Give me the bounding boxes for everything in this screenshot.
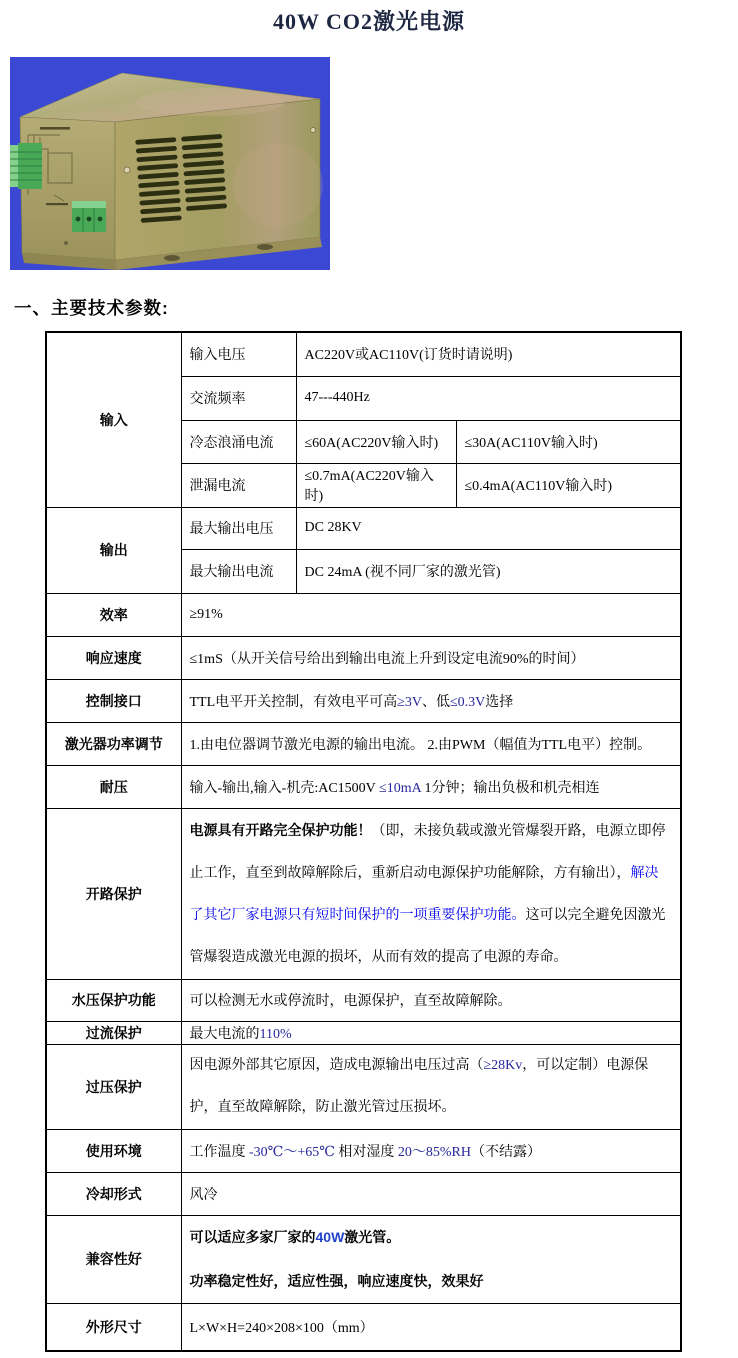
table-row: 输入 输入电压 AC220V或AC110V(订货时请说明) [46, 332, 681, 376]
table-row: 外形尺寸 L×W×H=240×208×100（mm） [46, 1303, 681, 1351]
param-value: 风冷 [181, 1172, 681, 1215]
table-row: 水压保护功能 可以检测无水或停流时，电源保护，直至故障解除。 [46, 979, 681, 1021]
param-name: 输入电压 [181, 332, 296, 376]
param-value: 电源具有开路完全保护功能！（即，未接负载或激光管爆裂开路，电源立即停止工作，直至… [181, 808, 681, 979]
row-label-overcurrent: 过流保护 [46, 1021, 181, 1044]
document-page: 40W CO2激光电源 [0, 0, 738, 1358]
chassis-sheen [135, 88, 285, 116]
table-row: 激光器功率调节 1.由电位器调节激光电源的输出电流。 2.由PWM（幅值为TTL… [46, 722, 681, 765]
param-value: L×W×H=240×208×100（mm） [181, 1303, 681, 1351]
row-label-open-circuit: 开路保护 [46, 808, 181, 979]
table-row: 冷却形式 风冷 [46, 1172, 681, 1215]
table-row: 兼容性好 可以适应多家厂家的40W激光管。 功率稳定性好，适应性强，响应速度快，… [46, 1215, 681, 1303]
table-row: 耐压 输入-输出,输入-机壳:AC1500V ≤10mA 1分钟；输出负极和机壳… [46, 765, 681, 808]
param-value-ac110: ≤30A(AC110V输入时) [456, 420, 681, 463]
table-row: 效率 ≥91% [46, 593, 681, 636]
param-value: 因电源外部其它原因，造成电源输出电压过高（≥28Kv，可以定制）电源保护，直至故… [181, 1044, 681, 1129]
row-label-environment: 使用环境 [46, 1129, 181, 1172]
param-name: 泄漏电流 [181, 463, 296, 507]
param-value: 输入-输出,输入-机壳:AC1500V ≤10mA 1分钟；输出负极和机壳相连 [181, 765, 681, 808]
chassis-sheen-front [233, 143, 323, 227]
table-row: 响应速度 ≤1mS（从开关信号给出到输出电流上升到设定电流90%的时间） [46, 636, 681, 679]
compatibility-line-2: 功率稳定性好，适应性强，响应速度快，效果好 [190, 1260, 673, 1303]
table-row: 开路保护 电源具有开路完全保护功能！（即，未接负载或激光管爆裂开路，电源立即停止… [46, 808, 681, 979]
param-name: 冷态浪涌电流 [181, 420, 296, 463]
param-value: 1.由电位器调节激光电源的输出电流。 2.由PWM（幅值为TTL电平）控制。 [181, 722, 681, 765]
param-value: 最大电流的110% [181, 1021, 681, 1044]
table-row: 使用环境 工作温度 -30℃～+65℃ 相对湿度 20～85%RH（不结露） [46, 1129, 681, 1172]
row-label-input: 输入 [46, 332, 181, 507]
param-value-ac220: ≤0.7mA(AC220V输入时) [296, 463, 456, 507]
row-label-water: 水压保护功能 [46, 979, 181, 1021]
param-value: AC220V或AC110V(订货时请说明) [296, 332, 681, 376]
compatibility-line-1: 可以适应多家厂家的40W激光管。 [190, 1216, 673, 1260]
table-row: 控制接口 TTL电平开关控制，有效电平可高≥3V、低≤0.3V选择 [46, 679, 681, 722]
param-value: 工作温度 -30℃～+65℃ 相对湿度 20～85%RH（不结露） [181, 1129, 681, 1172]
param-value-ac110: ≤0.4mA(AC110V输入时) [456, 463, 681, 507]
row-label-output: 输出 [46, 507, 181, 593]
product-photo-image [10, 57, 330, 270]
param-value: ≤1mS（从开关信号给出到输出电流上升到设定电流90%的时间） [181, 636, 681, 679]
row-label-compatibility: 兼容性好 [46, 1215, 181, 1303]
row-label-control: 控制接口 [46, 679, 181, 722]
table-row: 输出 最大输出电压 DC 28KV [46, 507, 681, 549]
row-label-dimensions: 外形尺寸 [46, 1303, 181, 1351]
row-label-overvoltage: 过压保护 [46, 1044, 181, 1129]
param-value: DC 28KV [296, 507, 681, 549]
param-value: TTL电平开关控制，有效电平可高≥3V、低≤0.3V选择 [181, 679, 681, 722]
param-value: DC 24mA (视不同厂家的激光管) [296, 549, 681, 593]
section-heading: 一、主要技术参数: [14, 295, 169, 320]
page-title: 40W CO2激光电源 [0, 5, 738, 36]
param-value: ≥91% [181, 593, 681, 636]
table-row: 过压保护 因电源外部其它原因，造成电源输出电压过高（≥28Kv，可以定制）电源保… [46, 1044, 681, 1129]
param-name: 最大输出电流 [181, 549, 296, 593]
row-label-withstand: 耐压 [46, 765, 181, 808]
terminal-block-lower [72, 201, 106, 232]
param-value: 可以适应多家厂家的40W激光管。 功率稳定性好，适应性强，响应速度快，效果好 [181, 1215, 681, 1303]
row-label-power-adjust: 激光器功率调节 [46, 722, 181, 765]
param-name: 最大输出电压 [181, 507, 296, 549]
param-value: 可以检测无水或停流时，电源保护，直至故障解除。 [181, 979, 681, 1021]
row-label-efficiency: 效率 [46, 593, 181, 636]
specs-table: 输入 输入电压 AC220V或AC110V(订货时请说明) 交流频率 47---… [45, 331, 682, 1352]
param-name: 交流频率 [181, 376, 296, 420]
param-value: 47---440Hz [296, 376, 681, 420]
table-row: 过流保护 最大电流的110% [46, 1021, 681, 1044]
product-photo [10, 57, 330, 270]
terminal-block-upper [10, 143, 42, 189]
param-value-ac220: ≤60A(AC220V输入时) [296, 420, 456, 463]
row-label-response: 响应速度 [46, 636, 181, 679]
row-label-cooling: 冷却形式 [46, 1172, 181, 1215]
